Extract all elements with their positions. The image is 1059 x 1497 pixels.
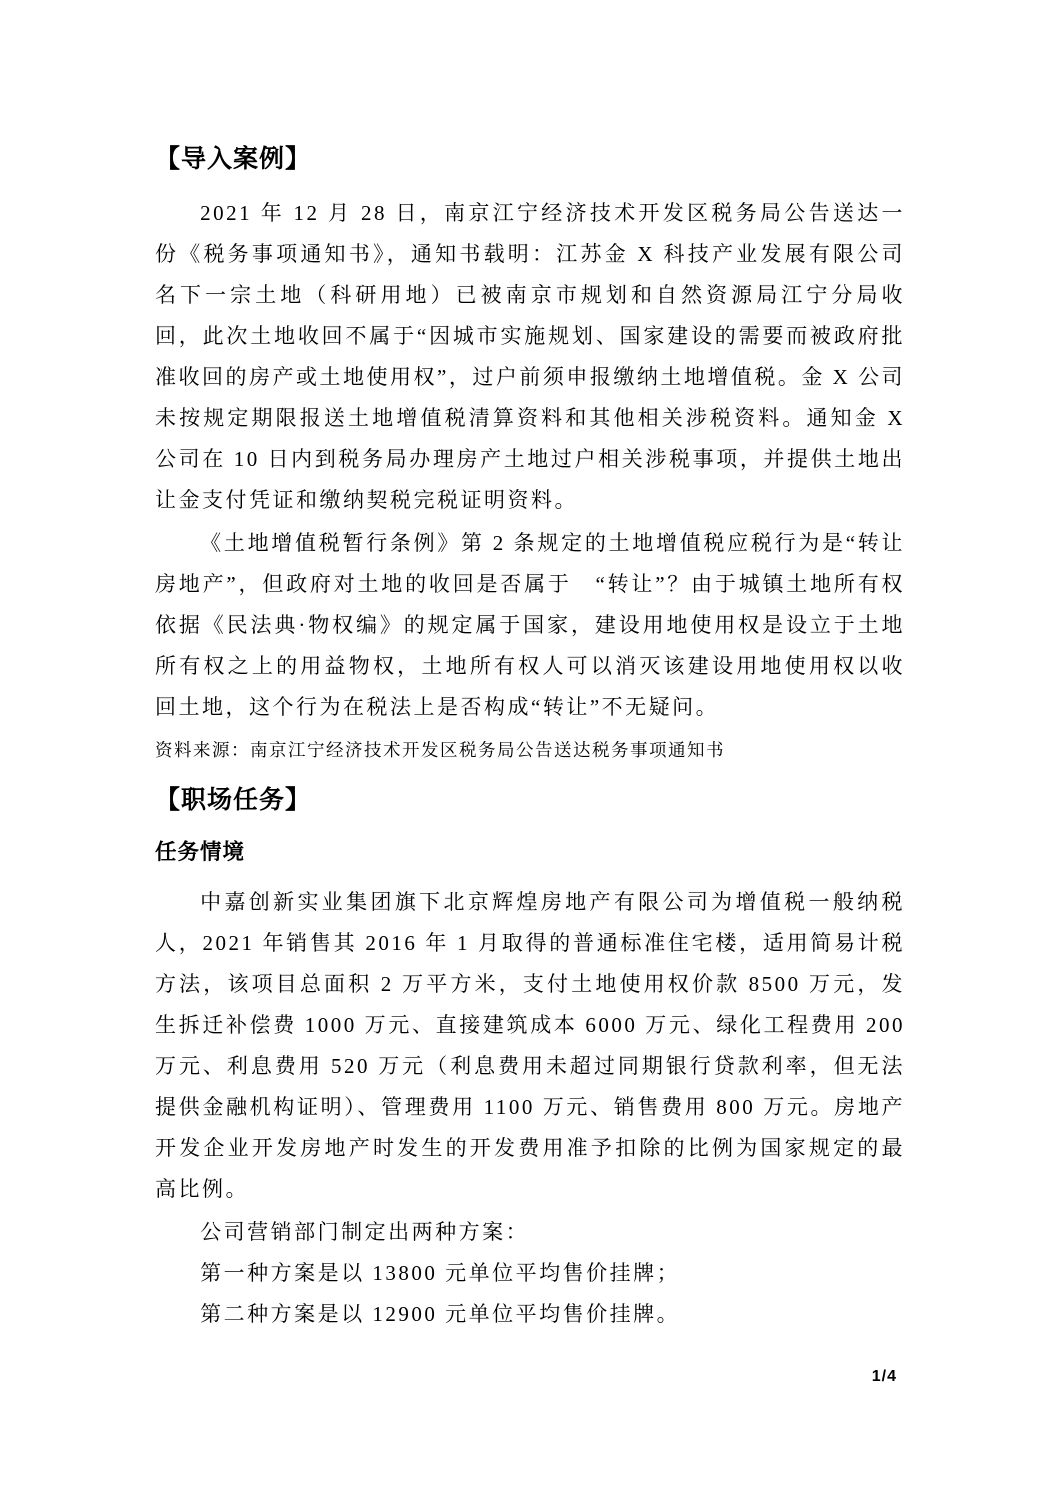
task-paragraph-1: 中嘉创新实业集团旗下北京辉煌房地产有限公司为增值税一般纳税人，2021 年销售其… (155, 882, 905, 1210)
intro-case-heading: 【导入案例】 (155, 145, 905, 173)
intro-paragraph-2: 《土地增值税暂行条例》第 2 条规定的土地增值税应税行为是“转让房地产”，但政府… (155, 523, 905, 728)
task-scenario-subheading: 任务情境 (155, 840, 905, 864)
document-page: 【导入案例】 2021 年 12 月 28 日，南京江宁经济技术开发区税务局公告… (0, 0, 1059, 1497)
document-content: 【导入案例】 2021 年 12 月 28 日，南京江宁经济技术开发区税务局公告… (155, 145, 905, 1335)
task-paragraph-2: 公司营销部门制定出两种方案： (155, 1212, 905, 1253)
workplace-task-heading: 【职场任务】 (155, 786, 905, 814)
page-number: 1/4 (872, 1368, 897, 1386)
intro-paragraph-1: 2021 年 12 月 28 日，南京江宁经济技术开发区税务局公告送达一份《税务… (155, 193, 905, 521)
plan-option-2: 第二种方案是以 12900 元单位平均售价挂牌。 (155, 1294, 905, 1335)
plan-option-1: 第一种方案是以 13800 元单位平均售价挂牌； (155, 1253, 905, 1294)
source-note: 资料来源：南京江宁经济技术开发区税务局公告送达税务事项通知书 (155, 738, 905, 762)
